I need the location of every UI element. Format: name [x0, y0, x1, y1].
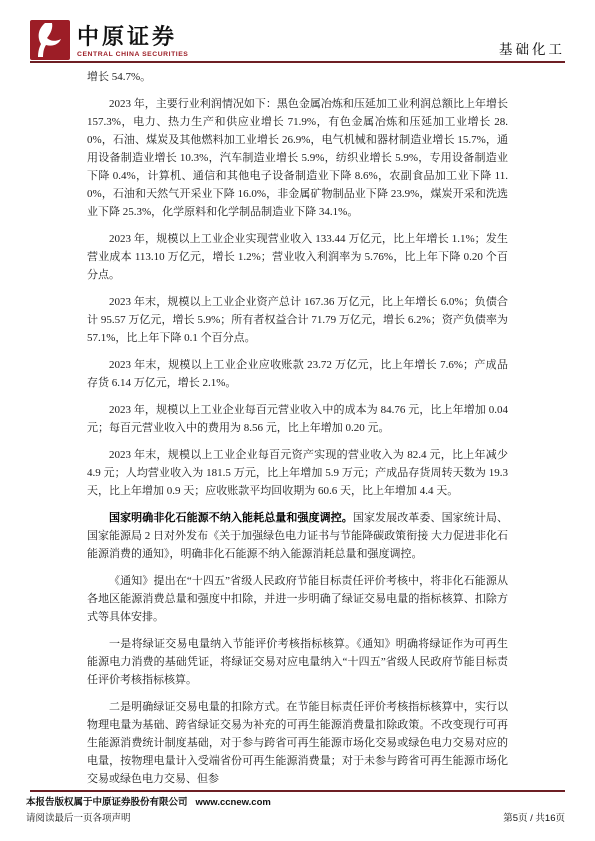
brand-logo: 中原证券 CENTRAL CHINA SECURITIES: [30, 20, 188, 60]
paragraph: 2023 年末，规模以上工业企业每百元资产实现的营业收入为 82.4 元，比上年…: [87, 446, 508, 500]
brand-name-en: CENTRAL CHINA SECURITIES: [77, 50, 188, 60]
brand-logo-text: 中原证券 CENTRAL CHINA SECURITIES: [77, 20, 188, 60]
disclaimer-text: 请阅读最后一页各项声明: [26, 812, 131, 827]
paragraph: 一是将绿证交易电量纳入节能评价考核指标核算。《通知》明确将绿证作为可再生能源电力…: [87, 635, 508, 689]
page-number: 第5页 / 共16页: [503, 811, 565, 826]
header-divider: [30, 61, 565, 63]
brand-logo-icon: [30, 20, 70, 60]
paragraph-lead: 国家明确非化石能源不纳入能耗总量和强度调控。: [109, 512, 353, 524]
paragraph: 2023 年末，规模以上工业企业资产总计 167.36 万亿元，比上年增长 6.…: [87, 293, 508, 347]
page-header: 中原证券 CENTRAL CHINA SECURITIES 基础化工: [30, 14, 565, 60]
footer-disclaimer-row: 请阅读最后一页各项声明 第5页 / 共16页: [26, 811, 565, 827]
footer-divider: [30, 790, 565, 792]
paragraph: 2023 年，主要行业利润情况如下：黑色金属冶炼和压延加工业利润总额比上年增长 …: [87, 95, 508, 221]
footer-copyright-row: 本报告版权属于中原证券股份有限公司 www.ccnew.com: [26, 795, 565, 811]
sector-tag: 基础化工: [499, 42, 565, 60]
paragraph: 2023 年末，规模以上工业企业应收账款 23.72 万亿元，比上年增长 7.6…: [87, 356, 508, 392]
paragraph: 2023 年，规模以上工业企业实现营业收入 133.44 万亿元，比上年增长 1…: [87, 230, 508, 284]
report-body: 增长 54.7%。 2023 年，主要行业利润情况如下：黑色金属冶炼和压延加工业…: [87, 68, 508, 797]
brand-name-cn: 中原证券: [77, 24, 188, 50]
website-link[interactable]: www.ccnew.com: [196, 795, 271, 810]
copyright-text: 本报告版权属于中原证券股份有限公司: [26, 796, 188, 811]
paragraph: 增长 54.7%。: [87, 68, 508, 86]
paragraph: 二是明确绿证交易电量的扣除方式。在节能目标责任评价考核指标核算中，实行以物理电量…: [87, 698, 508, 788]
report-page: 中原证券 CENTRAL CHINA SECURITIES 基础化工 增长 54…: [0, 0, 595, 841]
paragraph: 2023 年，规模以上工业企业每百元营业收入中的成本为 84.76 元，比上年增…: [87, 401, 508, 437]
paragraph: 《通知》提出在“十四五”省级人民政府节能目标责任评价考核中，将非化石能源从各地区…: [87, 572, 508, 626]
paragraph: 国家明确非化石能源不纳入能耗总量和强度调控。国家发展改革委、国家统计局、国家能源…: [87, 509, 508, 563]
page-footer: 本报告版权属于中原证券股份有限公司 www.ccnew.com 请阅读最后一页各…: [26, 795, 565, 827]
